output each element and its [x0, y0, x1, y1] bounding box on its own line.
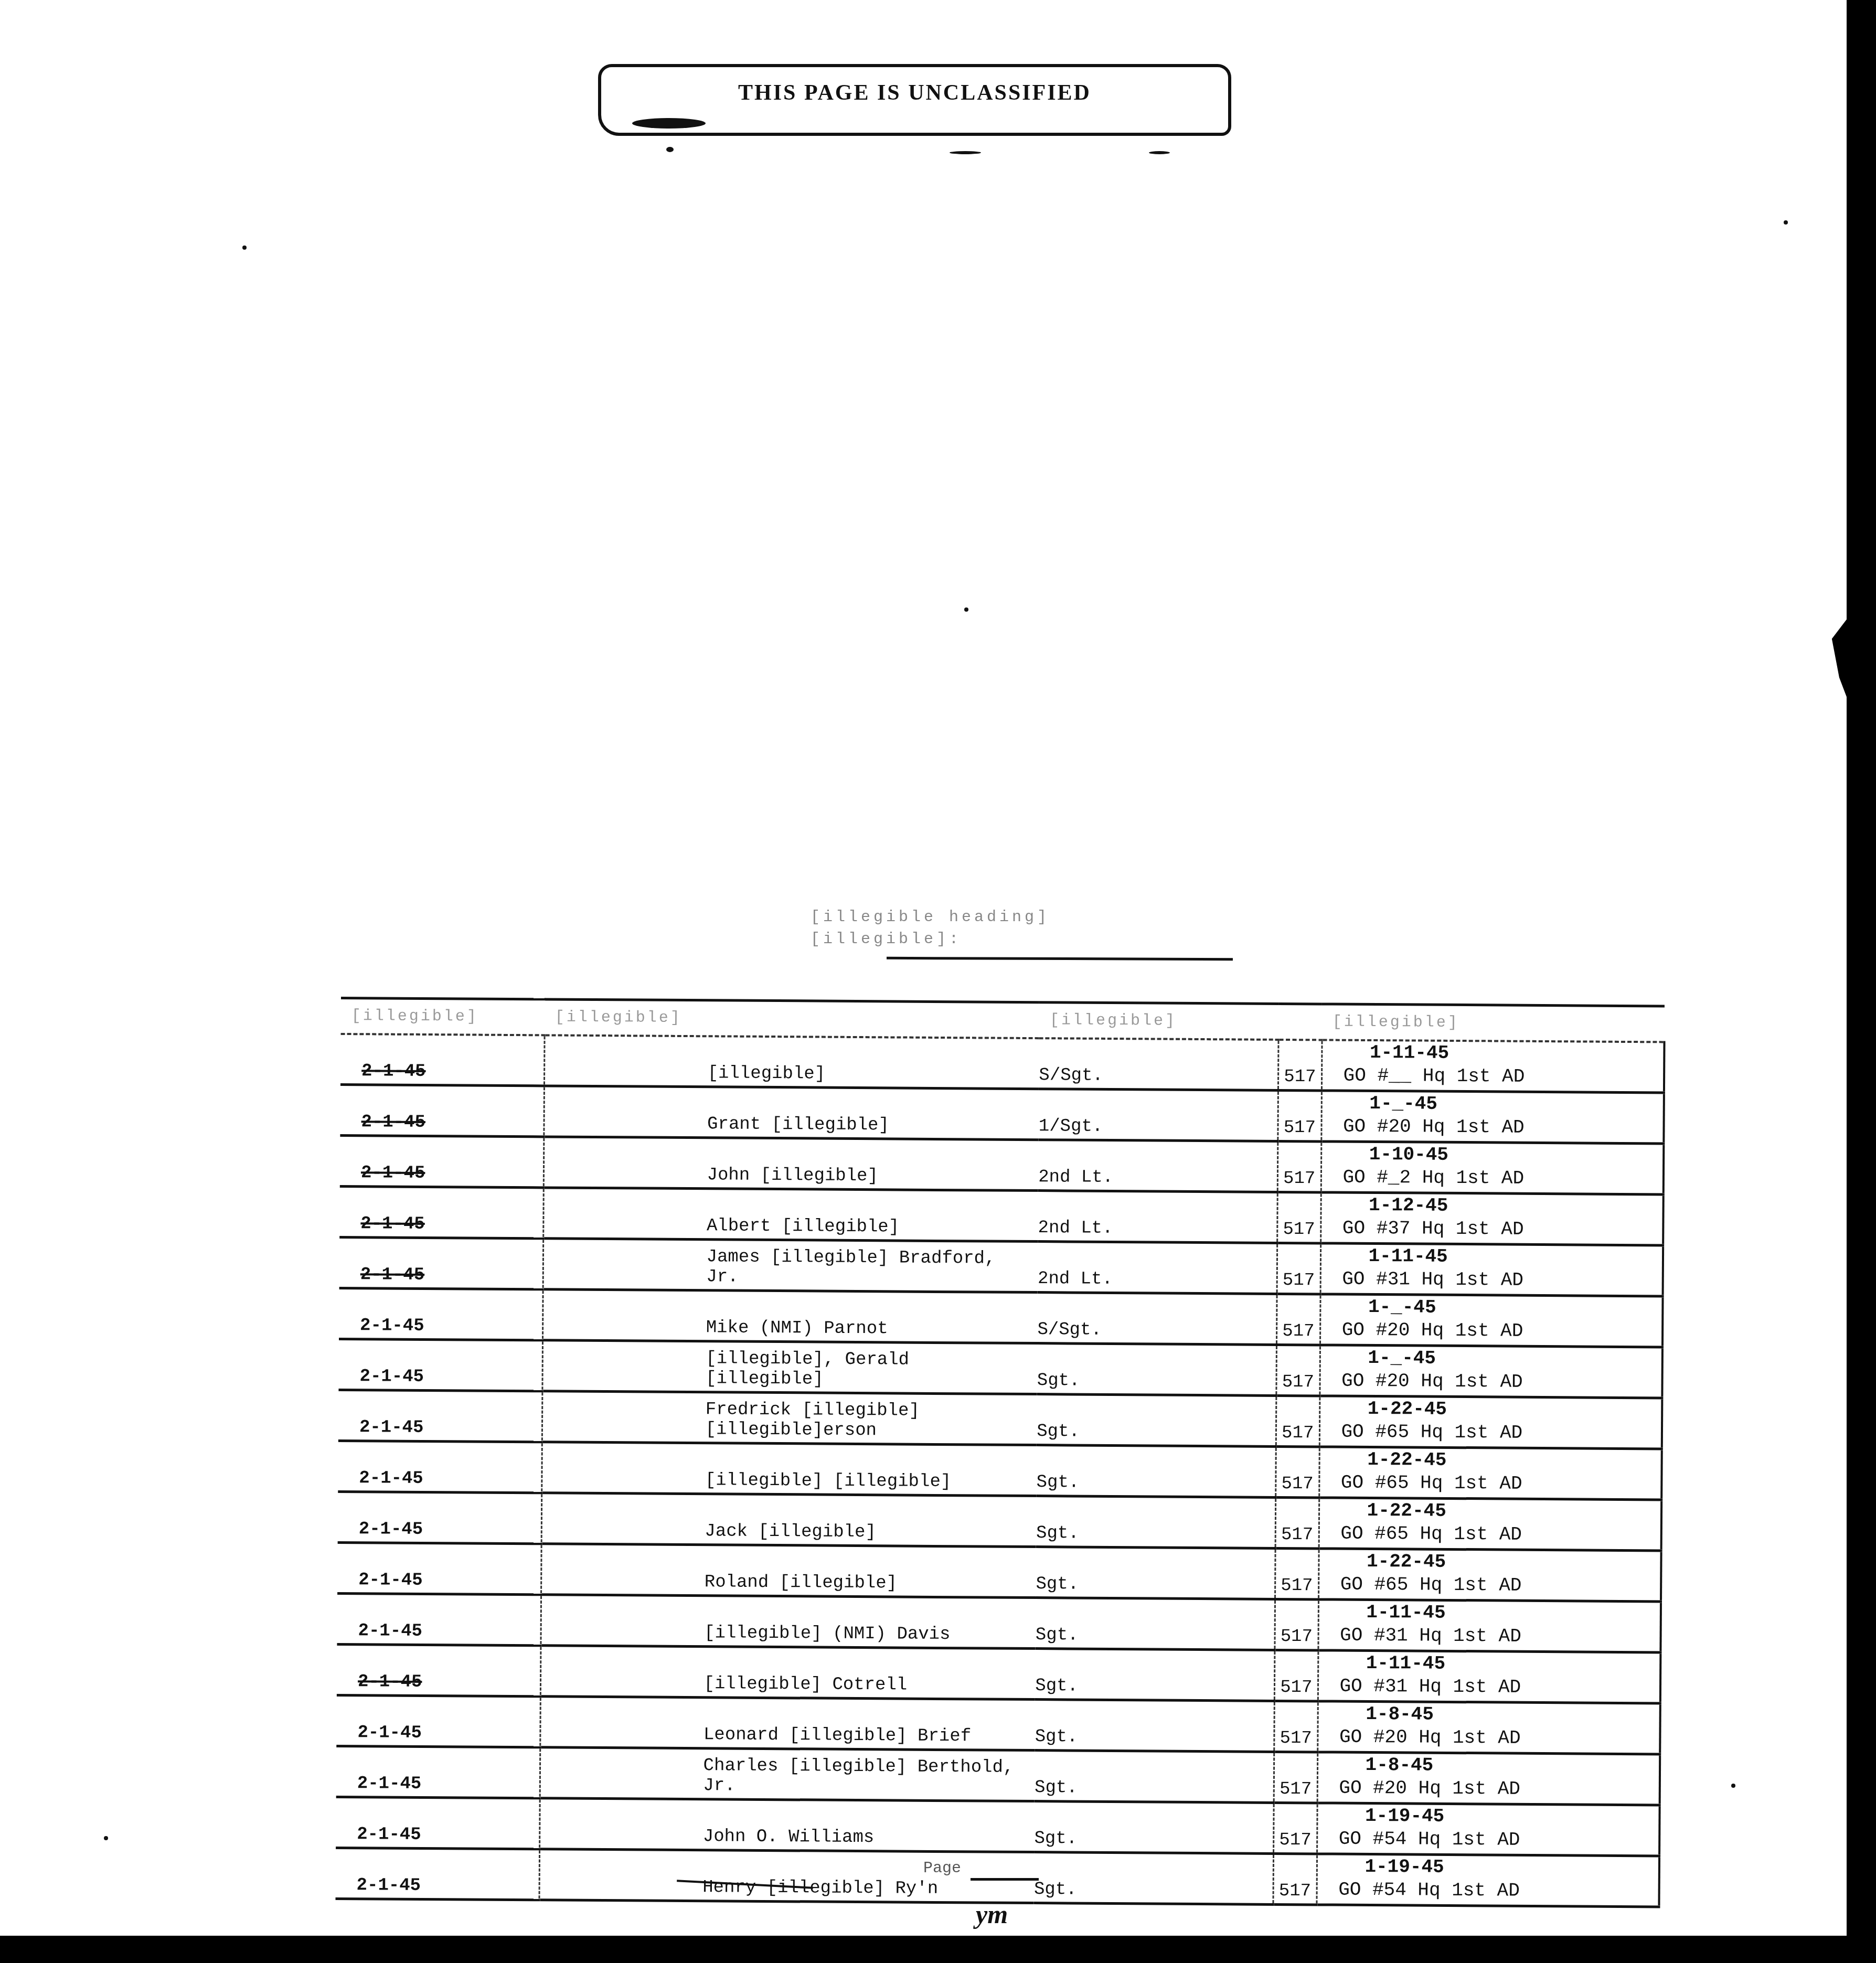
cell-order: 1-12-45 GO #37 Hq 1st AD	[1320, 1192, 1664, 1245]
cell-date: 2-1-45	[336, 1695, 540, 1747]
document-heading: [illegible heading] [illegible]:	[811, 906, 1050, 951]
speck	[964, 607, 968, 612]
cell-date: 2-1-45	[339, 1288, 543, 1340]
cell-code: 517	[1277, 1294, 1320, 1345]
date-text: 2-1-45	[357, 1825, 421, 1845]
cell-grade: 2nd Lt.	[1038, 1242, 1277, 1294]
cell-grade: Sgt.	[1037, 1394, 1276, 1447]
cell-code: 517	[1278, 1040, 1321, 1091]
table-row: 2-1-45 [illegible] (NMI) Davis Sgt. 517 …	[337, 1593, 1661, 1652]
cell-grade: Sgt.	[1035, 1649, 1275, 1701]
speck	[242, 246, 247, 250]
cell-name: Roland [illegible]	[542, 1544, 1036, 1598]
roster-table: [illegible] [illegible] [illegible] [ill…	[335, 997, 1665, 1908]
cell-date: 2-1-45	[335, 1848, 539, 1900]
date-text: 2-1-45	[359, 1367, 424, 1387]
cell-date: 2-1-45	[338, 1441, 542, 1492]
cell-order: 1-22-45 GO #65 Hq 1st AD	[1319, 1447, 1662, 1500]
cell-name: Grant [illegible]	[545, 1086, 1039, 1140]
document-page: THIS PAGE IS UNCLASSIFIED [illegible hea…	[0, 0, 1847, 1936]
cell-order: 1-22-45 GO #65 Hq 1st AD	[1319, 1498, 1662, 1551]
order-reference: GO #54 Hq 1st AD	[1339, 1828, 1520, 1851]
cell-name: Mike (NMI) Parnot	[543, 1289, 1038, 1343]
ink-mark	[666, 147, 674, 152]
cell-code: 517	[1277, 1243, 1320, 1294]
ink-mark	[950, 151, 981, 154]
cell-grade: Sgt.	[1037, 1445, 1276, 1498]
cell-code: 517	[1276, 1345, 1320, 1396]
table-row: 2-1-45 Grant [illegible] 1/Sgt. 517 1-_-…	[340, 1084, 1664, 1143]
cell-date: 2-1-45	[338, 1491, 542, 1543]
header-date: [illegible]	[341, 998, 545, 1036]
cell-code: 517	[1274, 1802, 1317, 1854]
cell-name: Leonard [illegible] Brief	[541, 1697, 1035, 1751]
cell-grade: S/Sgt.	[1037, 1293, 1277, 1345]
roster-body: 2-1-45 [illegible] S/Sgt. 517 1-11-45 GO…	[335, 1034, 1664, 1907]
order-date: 1-_-45	[1341, 1347, 1661, 1372]
table-row: 2-1-45 [illegible] S/Sgt. 517 1-11-45 GO…	[340, 1034, 1665, 1093]
cell-order: 1-11-45 GO #__ Hq 1st AD	[1321, 1040, 1665, 1092]
cell-order: 1-_-45 GO #20 Hq 1st AD	[1320, 1294, 1663, 1347]
cell-order: 1-_-45 GO #20 Hq 1st AD	[1319, 1345, 1662, 1398]
cell-date: 2-1-45	[339, 1186, 543, 1238]
date-text: 2-1-45	[358, 1672, 422, 1692]
cell-order: 1-_-45 GO #20 Hq 1st AD	[1321, 1091, 1664, 1144]
cell-grade: S/Sgt.	[1039, 1038, 1278, 1090]
header-grade: [illegible]	[1039, 1002, 1279, 1040]
order-date: 1-11-45	[1340, 1601, 1660, 1626]
date-text: 2-1-45	[360, 1214, 425, 1234]
table-row: 2-1-45 Albert [illegible] 2nd Lt. 517 1-…	[339, 1186, 1664, 1245]
table-row: 2-1-45 Fredrick [illegible] [illegible]e…	[338, 1390, 1662, 1448]
date-text: 2-1-45	[361, 1061, 426, 1082]
classification-text: THIS PAGE IS UNCLASSIFIED	[738, 80, 1091, 105]
cell-date: 2-1-45	[337, 1593, 541, 1645]
cell-code: 517	[1274, 1701, 1318, 1752]
date-text: 2-1-45	[361, 1163, 425, 1183]
table-row: 2-1-45 James [illegible] Bradford, Jr. 2…	[339, 1237, 1664, 1296]
cell-order: 1-19-45 GO #54 Hq 1st AD	[1317, 1803, 1660, 1856]
order-reference: GO #65 Hq 1st AD	[1341, 1472, 1522, 1495]
table-row: 2-1-45 Jack [illegible] Sgt. 517 1-22-45…	[338, 1491, 1662, 1550]
cell-grade: 2nd Lt.	[1038, 1140, 1278, 1192]
table-row: 2-1-45 [illegible] Cotrell Sgt. 517 1-11…	[337, 1644, 1661, 1703]
order-date: 1-19-45	[1338, 1855, 1658, 1881]
speck	[1731, 1784, 1735, 1788]
table-row: 2-1-45 Mike (NMI) Parnot S/Sgt. 517 1-_-…	[339, 1288, 1663, 1347]
cell-code: 517	[1278, 1090, 1321, 1141]
cell-code: 517	[1276, 1446, 1319, 1498]
cell-grade: Sgt.	[1036, 1496, 1276, 1549]
date-text: 2-1-45	[359, 1468, 423, 1489]
cell-grade: Sgt.	[1035, 1700, 1275, 1752]
order-reference: GO #__ Hq 1st AD	[1344, 1065, 1525, 1087]
cell-order: 1-10-45 GO #_2 Hq 1st AD	[1321, 1141, 1664, 1194]
table-row: 2-1-45 John O. Williams Sgt. 517 1-19-45…	[336, 1797, 1660, 1855]
cell-name: [illegible]	[545, 1035, 1039, 1089]
date-text: 2-1-45	[359, 1519, 423, 1540]
cell-date: 2-1-45	[336, 1746, 540, 1798]
order-date: 1-19-45	[1339, 1805, 1659, 1830]
order-date: 1-11-45	[1342, 1245, 1662, 1270]
cell-order: 1-22-45 GO #65 Hq 1st AD	[1318, 1549, 1661, 1602]
cell-name: Charles [illegible] Berthold, Jr.	[540, 1747, 1035, 1801]
date-text: 2-1-45	[358, 1570, 423, 1591]
cell-code: 517	[1275, 1497, 1319, 1549]
date-text: 2-1-45	[359, 1417, 424, 1438]
cell-grade: Sgt.	[1036, 1547, 1275, 1599]
cell-name: John O. Williams	[540, 1798, 1035, 1852]
order-date: 1-22-45	[1340, 1499, 1660, 1524]
cell-date: 2-1-45	[338, 1390, 542, 1442]
table-row: 2-1-45 John [illegible] 2nd Lt. 517 1-10…	[340, 1135, 1664, 1194]
order-reference: GO #_2 Hq 1st AD	[1342, 1167, 1524, 1189]
cell-date: 2-1-45	[337, 1542, 541, 1594]
page-number-blank	[971, 1878, 1039, 1881]
cell-date: 2-1-45	[340, 1135, 544, 1187]
cell-code: 517	[1275, 1599, 1318, 1650]
header-code	[1278, 1004, 1322, 1040]
order-reference: GO #20 Hq 1st AD	[1341, 1370, 1523, 1393]
page-label: Page	[923, 1860, 961, 1877]
date-text: 2-1-45	[357, 1875, 421, 1896]
cell-code: 517	[1274, 1752, 1317, 1803]
heading-line-2: [illegible]:	[811, 929, 1050, 951]
order-date: 1-8-45	[1339, 1754, 1659, 1779]
table-row: 2-1-45 Roland [illegible] Sgt. 517 1-22-…	[337, 1542, 1661, 1601]
cell-code: 517	[1277, 1141, 1321, 1192]
order-date: 1-11-45	[1340, 1652, 1660, 1677]
date-text: 2-1-45	[357, 1774, 422, 1794]
heading-underline	[887, 957, 1233, 961]
cell-order: 1-11-45 GO #31 Hq 1st AD	[1320, 1243, 1664, 1296]
order-reference: GO #65 Hq 1st AD	[1340, 1574, 1522, 1596]
order-reference: GO #65 Hq 1st AD	[1341, 1421, 1522, 1444]
cell-grade: 1/Sgt.	[1039, 1089, 1278, 1141]
cell-order: 1-8-45 GO #20 Hq 1st AD	[1317, 1701, 1660, 1754]
cell-name: Albert [illegible]	[544, 1188, 1038, 1242]
order-date: 1-22-45	[1340, 1550, 1660, 1575]
cell-code: 517	[1275, 1548, 1319, 1599]
scan-border	[0, 1949, 1876, 1963]
cell-order: 1-22-45 GO #65 Hq 1st AD	[1319, 1396, 1662, 1449]
order-reference: GO #31 Hq 1st AD	[1342, 1268, 1523, 1291]
order-reference: GO #37 Hq 1st AD	[1342, 1218, 1524, 1240]
cell-name: [illegible] Cotrell	[541, 1646, 1035, 1700]
cell-name: [illegible] (NMI) Davis	[541, 1595, 1036, 1649]
cell-date: 2-1-45	[340, 1034, 545, 1086]
table-row: 2-1-45 [illegible], Gerald [illegible] S…	[338, 1339, 1662, 1397]
date-text: 2-1-45	[360, 1265, 425, 1285]
cell-order: 1-11-45 GO #31 Hq 1st AD	[1318, 1650, 1661, 1703]
table-row: 2-1-45 Leonard [illegible] Brief Sgt. 51…	[336, 1695, 1660, 1754]
heading-line-1: [illegible heading]	[811, 906, 1050, 929]
order-reference: GO #20 Hq 1st AD	[1342, 1319, 1523, 1342]
speck	[104, 1836, 108, 1840]
cell-grade: 2nd Lt.	[1038, 1191, 1277, 1243]
date-text: 2-1-45	[361, 1112, 425, 1133]
date-text: 2-1-45	[357, 1723, 422, 1743]
cell-code: 517	[1274, 1650, 1318, 1701]
order-date: 1-_-45	[1342, 1296, 1662, 1321]
table-row: 2-1-45 Charles [illegible] Berthold, Jr.…	[336, 1746, 1660, 1805]
order-reference: GO #20 Hq 1st AD	[1339, 1726, 1521, 1749]
order-reference: GO #20 Hq 1st AD	[1339, 1777, 1520, 1800]
order-date: 1-10-45	[1343, 1143, 1663, 1168]
cell-name: Jack [illegible]	[542, 1493, 1036, 1547]
date-text: 2-1-45	[358, 1621, 422, 1641]
cell-date: 2-1-45	[340, 1084, 544, 1136]
table-row: 2-1-45 Henry [illegible] Ry'n Sgt. 517 1…	[335, 1848, 1659, 1906]
cell-grade: Sgt.	[1034, 1801, 1274, 1854]
cell-date: 2-1-45	[336, 1797, 540, 1849]
order-reference: GO #20 Hq 1st AD	[1343, 1116, 1525, 1138]
order-date: 1-11-45	[1344, 1041, 1664, 1066]
order-reference: GO #54 Hq 1st AD	[1338, 1879, 1520, 1902]
order-reference: GO #31 Hq 1st AD	[1340, 1625, 1521, 1647]
order-date: 1-_-45	[1343, 1092, 1663, 1117]
ink-smudge	[632, 118, 706, 129]
order-date: 1-8-45	[1339, 1703, 1659, 1728]
handwritten-initials: ym	[976, 1899, 1008, 1929]
cell-date: 2-1-45	[338, 1339, 542, 1391]
cell-grade: Sgt.	[1034, 1852, 1274, 1905]
cell-name: Fredrick [illegible] [illegible]erson	[542, 1391, 1037, 1445]
cell-grade: Sgt.	[1037, 1343, 1277, 1396]
cell-grade: Sgt.	[1036, 1598, 1275, 1650]
cell-code: 517	[1277, 1192, 1321, 1243]
order-date: 1-22-45	[1341, 1397, 1661, 1423]
order-reference: GO #31 Hq 1st AD	[1339, 1676, 1521, 1698]
order-date: 1-12-45	[1342, 1194, 1662, 1219]
cell-name: [illegible], Gerald [illegible]	[543, 1340, 1037, 1394]
order-date: 1-22-45	[1341, 1448, 1661, 1474]
table-row: 2-1-45 [illegible] [illegible] Sgt. 517 …	[338, 1441, 1662, 1499]
cell-name: John [illegible]	[544, 1137, 1038, 1191]
cell-order: 1-8-45 GO #20 Hq 1st AD	[1317, 1752, 1660, 1805]
cell-name: [illegible] [illegible]	[542, 1442, 1037, 1496]
cell-order: 1-11-45 GO #31 Hq 1st AD	[1318, 1599, 1661, 1652]
cell-order: 1-19-45 GO #54 Hq 1st AD	[1317, 1854, 1660, 1907]
header-order: [illegible]	[1322, 1004, 1665, 1042]
ink-mark	[1149, 151, 1170, 154]
cell-code: 517	[1276, 1395, 1319, 1447]
cell-grade: Sgt.	[1035, 1751, 1274, 1803]
speck	[1784, 220, 1788, 225]
order-reference: GO #65 Hq 1st AD	[1340, 1523, 1522, 1545]
cell-code: 517	[1273, 1853, 1317, 1905]
header-name: [illegible]	[545, 999, 1040, 1038]
date-text: 2-1-45	[360, 1316, 424, 1336]
cell-date: 2-1-45	[339, 1237, 543, 1289]
cell-date: 2-1-45	[337, 1644, 541, 1696]
cell-name: James [illegible] Bradford, Jr.	[543, 1239, 1038, 1293]
